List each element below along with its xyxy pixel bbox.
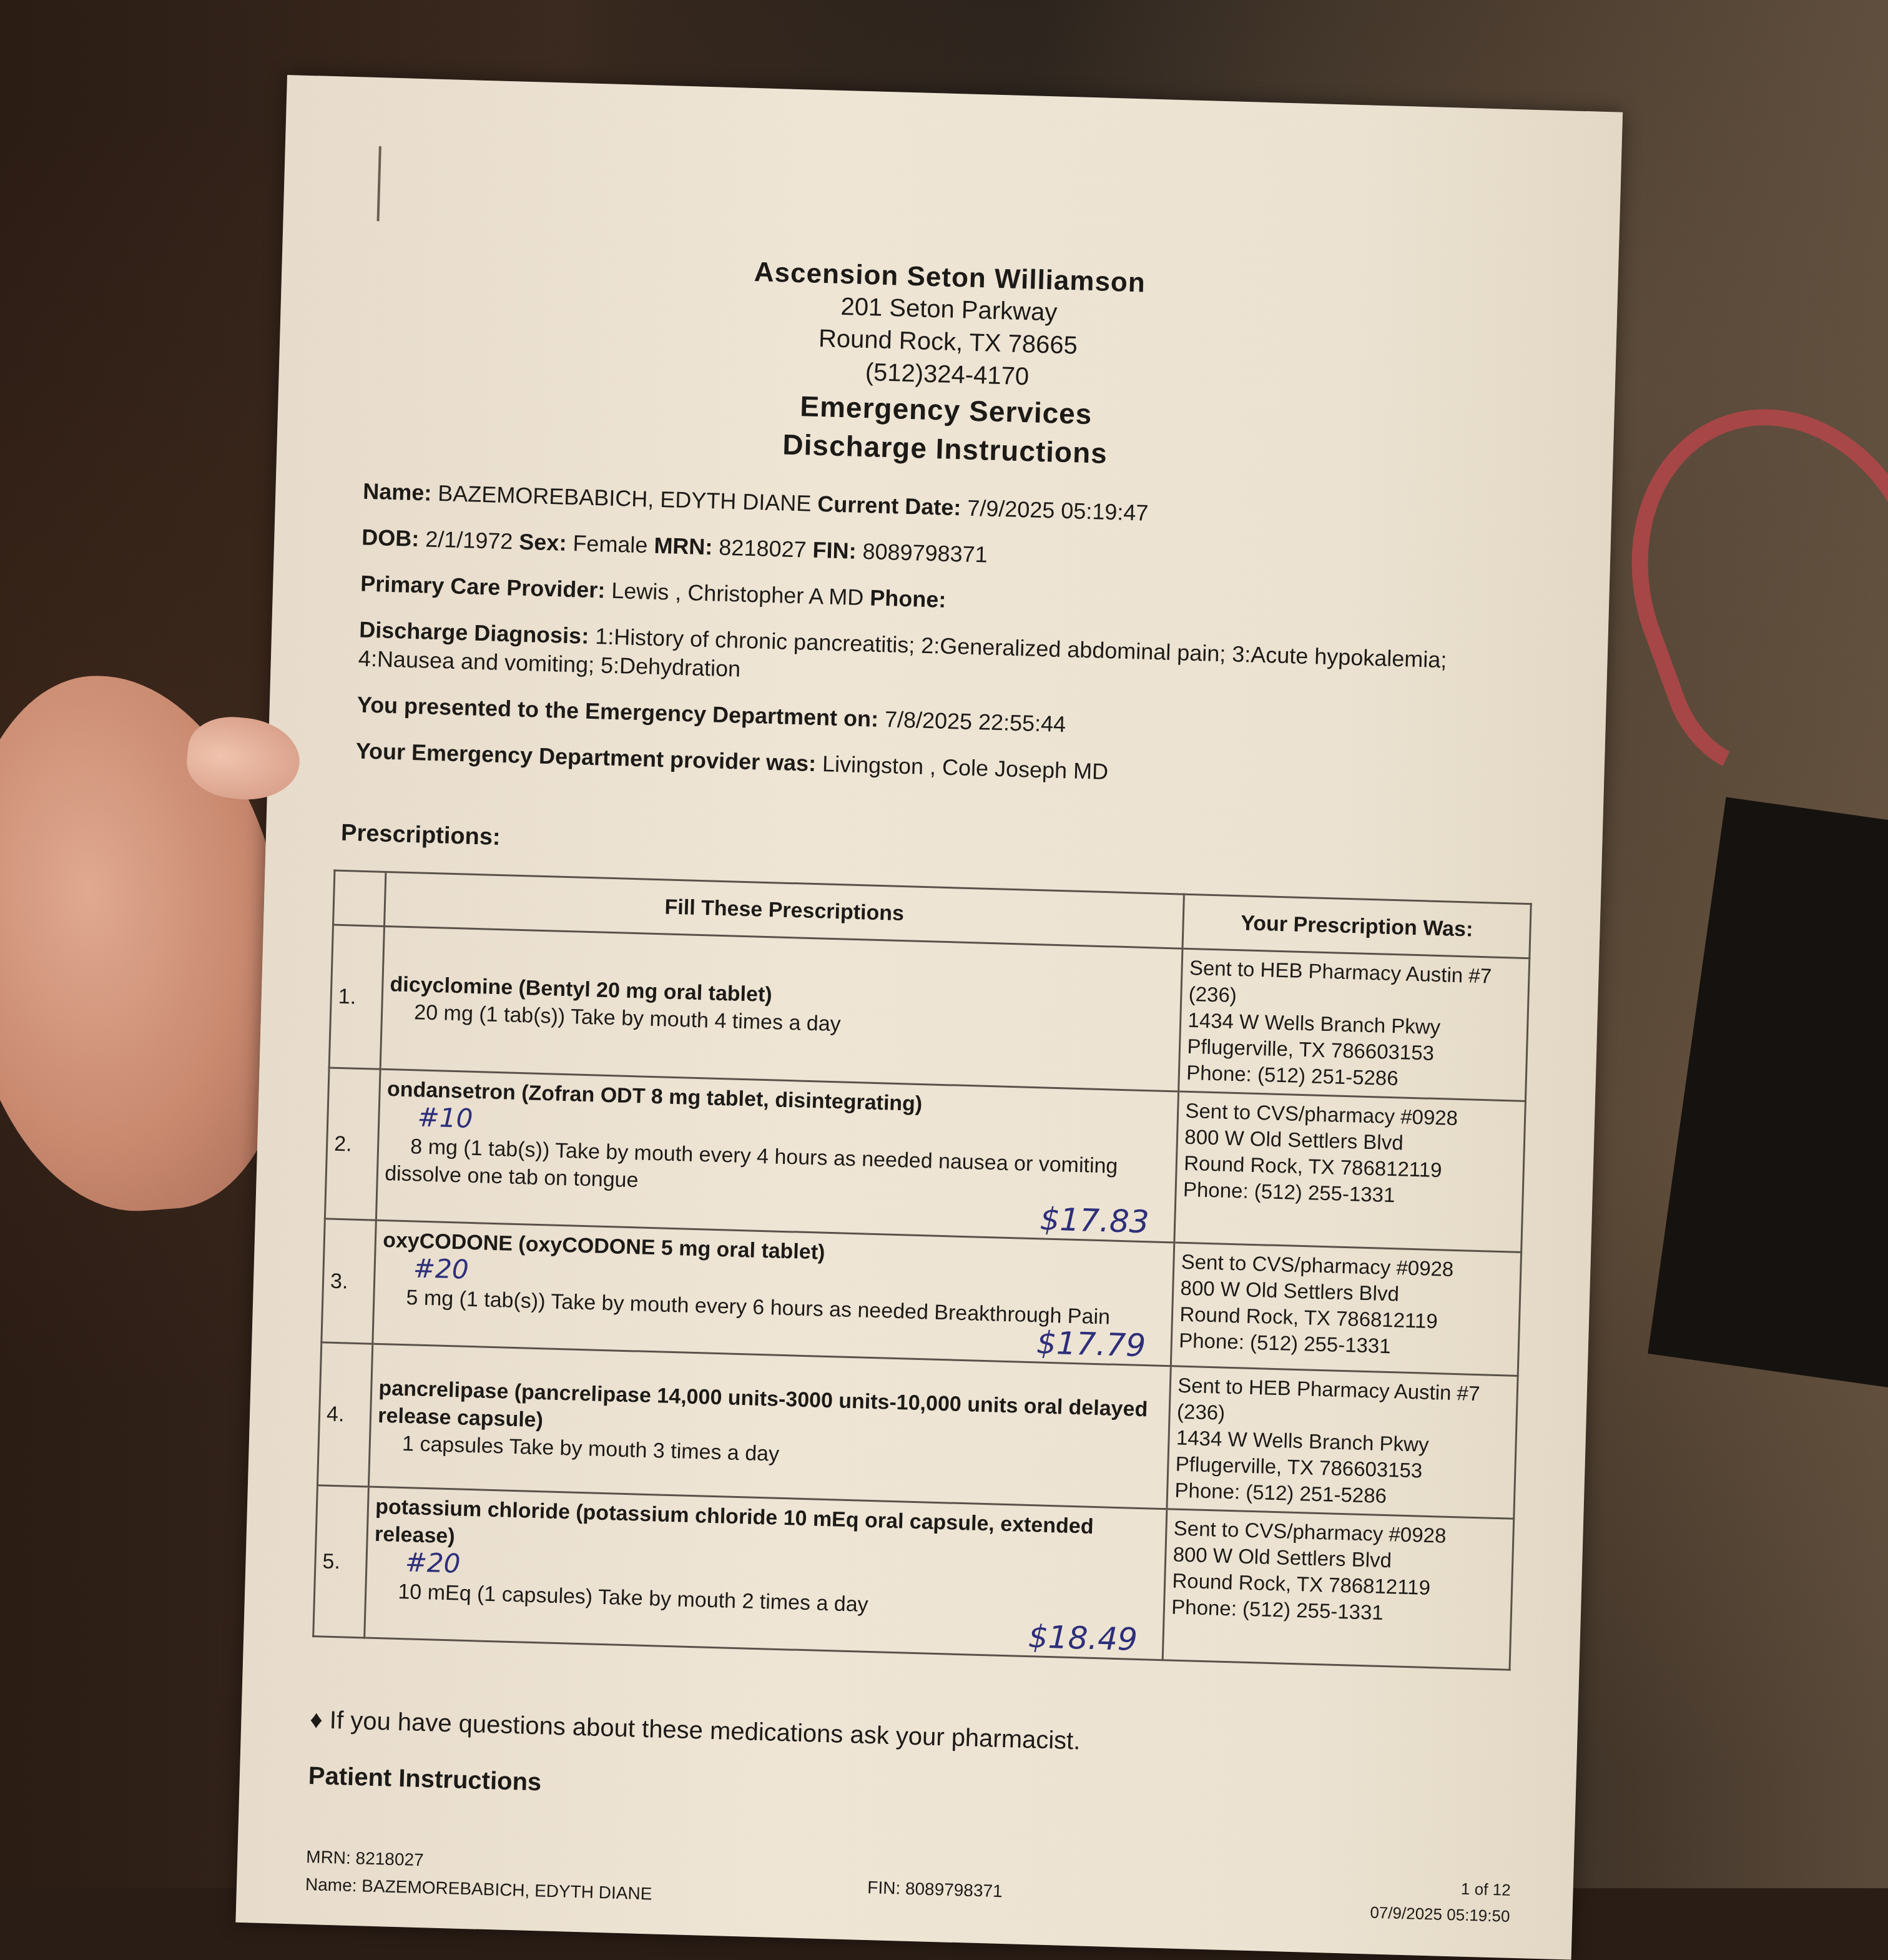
rx-medication-cell: pancrelipase (pancrelipase 14,000 units-… (369, 1344, 1171, 1509)
rx-medication-cell: potassium chloride (potassium chloride 1… (365, 1487, 1167, 1660)
patient-instructions-title: Patient Instructions (308, 1762, 542, 1796)
page-number: 1 of 12 (1370, 1873, 1511, 1888)
rx-number: 5. (313, 1485, 369, 1638)
rx-number: 2. (325, 1068, 380, 1220)
dob: 2/1/1972 (425, 526, 513, 554)
handwritten-quantity: #20 (405, 1547, 461, 1578)
handwritten-quantity: #20 (413, 1253, 469, 1284)
photo-background: Ascension Seton Williamson 201 Seton Par… (0, 0, 1888, 1888)
patient-name: BAZEMOREBABICH, EDYTH DIANE (438, 480, 812, 516)
document-header: Ascension Seton Williamson 201 Seton Par… (277, 244, 1618, 487)
rx-number: 4. (317, 1342, 373, 1487)
ed-provider-label: Your Emergency Department provider was: (355, 737, 816, 776)
header-number (333, 870, 386, 926)
pharmacist-note: ♦ If you have questions about these medi… (310, 1706, 1081, 1755)
paper-mark (377, 146, 381, 221)
prescriptions-title: Prescriptions: (341, 820, 501, 851)
rx-pharmacy-cell: Sent to HEB Pharmacy Austin #7(236)1434 … (1179, 948, 1530, 1101)
header-prescription-was: Your Prescription Was: (1182, 894, 1531, 958)
pcp-label: Primary Care Provider: (360, 571, 606, 603)
name-label: Name: (363, 478, 432, 506)
background-bag-strap (1583, 367, 1888, 803)
presented-label: You presented to the Emergency Departmen… (356, 692, 878, 732)
ed-provider-name: Livingston , Cole Joseph MD (822, 751, 1109, 784)
footer-patient-block: MRN: 8218027 Name: BAZEMOREBABICH, EDYTH… (305, 1843, 653, 1888)
rx-medication-cell: dicyclomine (Bentyl 20 mg oral tablet)20… (380, 926, 1182, 1091)
fin: 8089798371 (862, 538, 988, 568)
pcp-name: Lewis , Christopher A MD (611, 578, 864, 610)
prescriptions-table: Fill These Prescriptions Your Prescripti… (312, 870, 1532, 1671)
mrn: 8218027 (719, 534, 807, 563)
current-date-label: Current Date: (817, 491, 961, 520)
prescriptions-body: 1.dicyclomine (Bentyl 20 mg oral tablet)… (313, 925, 1530, 1670)
diagnosis-label: Discharge Diagnosis: (359, 617, 589, 649)
background-object (1648, 797, 1888, 1389)
patient-info: Name: BAZEMOREBABICH, EDYTH DIANE Curren… (355, 477, 1536, 815)
rx-number: 3. (322, 1219, 376, 1344)
discharge-document: Ascension Seton Williamson 201 Seton Par… (235, 75, 1623, 1888)
diagnosis-row: Discharge Diagnosis: 1:History of chroni… (358, 616, 1533, 706)
current-date: 7/9/2025 05:19:47 (967, 495, 1149, 526)
sex: Female (573, 530, 648, 558)
footer-fin: FIN: 8089798371 (867, 1878, 1003, 1888)
rx-medication-cell: oxyCODONE (oxyCODONE 5 mg oral tablet)#2… (373, 1220, 1174, 1366)
rx-number: 1. (329, 925, 385, 1069)
rx-medication-cell: ondansetron (Zofran ODT 8 mg tablet, dis… (376, 1069, 1179, 1243)
fin-label: FIN: (812, 537, 857, 564)
handwritten-quantity: #10 (417, 1101, 473, 1133)
footer-page-block: 1 of 12 07/9/2025 05:19:50 (1370, 1873, 1511, 1888)
rx-pharmacy-cell: Sent to CVS/pharmacy #0928800 W Old Sett… (1174, 1091, 1525, 1252)
rx-pharmacy-cell: Sent to CVS/pharmacy #0928800 W Old Sett… (1171, 1243, 1522, 1376)
dob-label: DOB: (361, 524, 420, 552)
pcp-phone-label: Phone: (870, 584, 946, 612)
rx-pharmacy-cell: Sent to HEB Pharmacy Austin #7(236)1434 … (1167, 1366, 1518, 1519)
mrn-label: MRN: (654, 533, 713, 560)
sex-label: Sex: (519, 529, 567, 556)
rx-pharmacy-cell: Sent to CVS/pharmacy #0928800 W Old Sett… (1163, 1509, 1513, 1670)
presented-datetime: 7/8/2025 22:55:44 (884, 706, 1066, 737)
